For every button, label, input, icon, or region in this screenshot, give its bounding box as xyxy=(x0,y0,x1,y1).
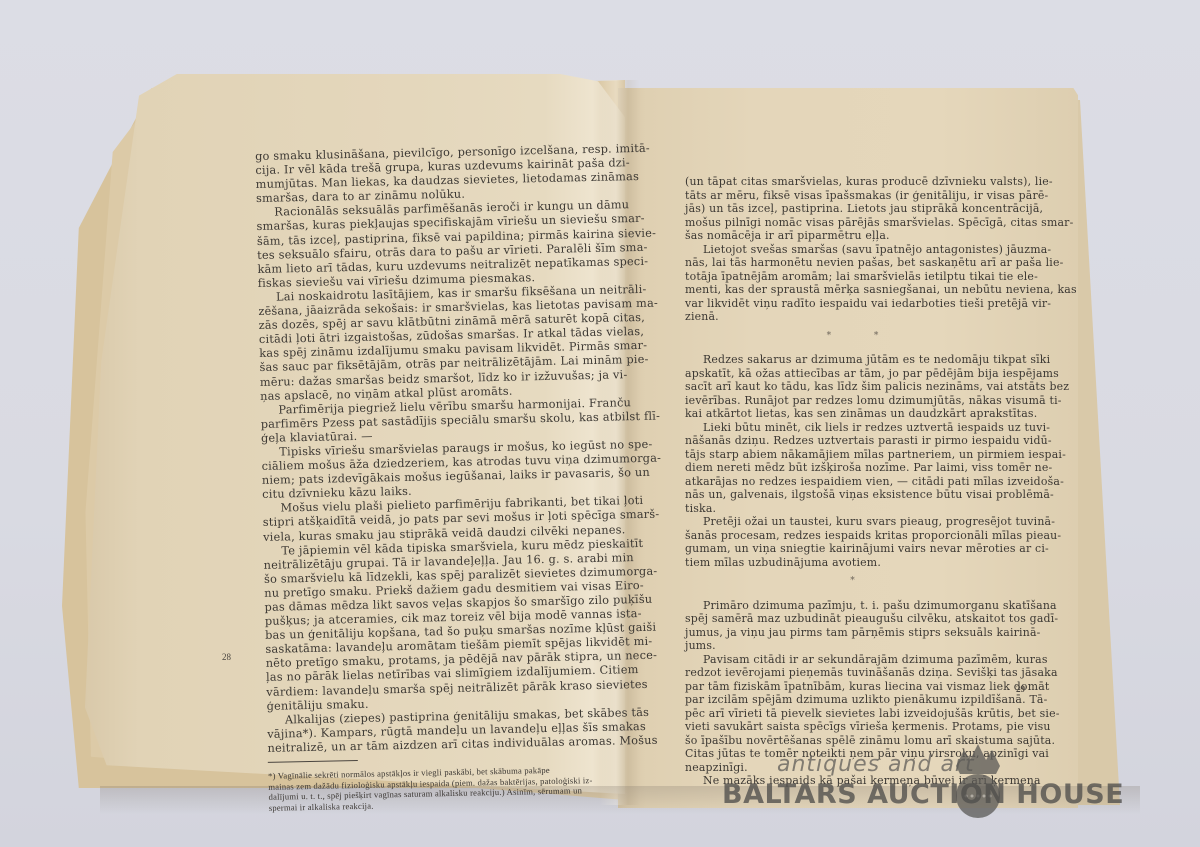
text-line: jums. xyxy=(685,639,1040,653)
text-line: jumus, ja viņu jau pirms tam pārņēmis st… xyxy=(685,626,1040,640)
text-line: tāts ar mēru, fiksē visas īpašsmakas (ir… xyxy=(685,189,1040,203)
text-line: tiska. xyxy=(685,502,1040,516)
text-line: Redzes sakarus ar dzimuma jūtām es te ne… xyxy=(685,353,1040,367)
text-line: kai atkārtot lietas, kas sen zināmas un … xyxy=(685,407,1040,421)
text-line: Lieki būtu minēt, cik liels ir redzes uz… xyxy=(685,421,1040,435)
text-line: sacīt arī kaut ko tādu, kas līdz šim pal… xyxy=(685,380,1040,394)
left-page-text: go smaku klusināšana, pievilcīgo, person… xyxy=(255,143,624,813)
text-line: gumam, un viņa sniegtie kairinājumi vair… xyxy=(685,542,1040,556)
watermark-tagline: antiques and art xyxy=(777,752,975,777)
text-line: Pavisam citādi ir ar sekundārajām dzimum… xyxy=(685,653,1040,667)
text-line: Primāro dzimuma pazīmju, t. i. pašu dzim… xyxy=(685,599,1040,613)
text-line: Pretēji ožai un taustei, kuru svars piea… xyxy=(685,515,1040,529)
text-line: ievērības. Runājot par redzes lomu dzimu… xyxy=(685,394,1040,408)
text-line: nāšanās dziņu. Redzes uztvertais parasti… xyxy=(685,434,1040,448)
text-line: spēj samērā maz uzbudināt pieaugušu cilv… xyxy=(685,612,1040,626)
right-page-text: (un tāpat citas smaršvielas, kuras produ… xyxy=(685,175,1040,788)
text-line: tiem mīlas uzbudinājuma avotiem. xyxy=(685,556,1040,570)
text-line: totāja īpatnējām aromām; lai smaršvielās… xyxy=(685,270,1040,284)
text-line: tājs starp abiem nākamājiem mīlas partne… xyxy=(685,448,1040,462)
text-line: (un tāpat citas smaršvielas, kuras produ… xyxy=(685,175,1040,189)
text-line: šas nomācēja ir arī piparmētru eļļa. xyxy=(685,229,1040,243)
text-line: mošus pilnīgi nomāc visas pārējās smaršv… xyxy=(685,216,1040,230)
text-line: nās un, galvenais, ilgstošā viņas eksist… xyxy=(685,488,1040,502)
text-line: redzot ievērojami pieņemās tuvināšanās d… xyxy=(685,666,1040,680)
text-line: diem nereti mēdz būt izšķiroša nozīme. P… xyxy=(685,461,1040,475)
left-page-body: go smaku klusināšana, pievilcīgo, person… xyxy=(255,143,623,756)
text-line: vieti savukārt saista spēcīgs vīrieša ķe… xyxy=(685,720,1040,734)
photo-scene: go smaku klusināšana, pievilcīgo, person… xyxy=(0,0,1200,847)
left-page-footnote: *) Vagīnālie sekrēti normālos apstākļos … xyxy=(268,763,624,812)
right-page-section-2: Redzes sakarus ar dzimuma jūtām es te ne… xyxy=(685,353,1040,569)
page-number-right: 29 xyxy=(1016,684,1025,694)
text-line: pēc arī vīrieti tā pievelk sievietes lab… xyxy=(685,707,1040,721)
auction-house-watermark: antiques and art BALTARS AUCTION HOUSE xyxy=(722,752,1122,822)
watermark-name: BALTARS AUCTION HOUSE xyxy=(722,779,1124,810)
text-line: Lietojot svešas smaršas (savu īpatnējo a… xyxy=(685,243,1040,257)
footnote-rule xyxy=(268,760,358,763)
text-line: šanās procesam, redzes iespaids kritas p… xyxy=(685,529,1040,543)
text-line: var likvidēt viņu radīto iespaidu vai ie… xyxy=(685,297,1040,311)
text-line: nās, lai tās harmonētu nevien pašas, bet… xyxy=(685,256,1040,270)
text-line: par tām fiziskām īpatnībām, kuras liecin… xyxy=(685,680,1040,694)
text-line: apskatīt, kā ožas attiecības ar tām, jo … xyxy=(685,367,1040,381)
right-page-section-1: (un tāpat citas smaršvielas, kuras produ… xyxy=(685,175,1040,324)
section-separator-1: * * xyxy=(685,330,1040,344)
text-line: jās) un tās izceļ, pastiprina. Lietots j… xyxy=(685,202,1040,216)
page-number-left: 28 xyxy=(222,652,231,662)
text-line: par izcilām spējām dzimuma uzlikto pienā… xyxy=(685,693,1040,707)
text-line: menti, kas der spraustā mērķa sasniegšan… xyxy=(685,283,1040,297)
text-line: atkarājas no redzes iespaidiem vien, — c… xyxy=(685,475,1040,489)
text-line: zienā. xyxy=(685,310,1040,324)
section-separator-2: * xyxy=(685,575,1040,589)
